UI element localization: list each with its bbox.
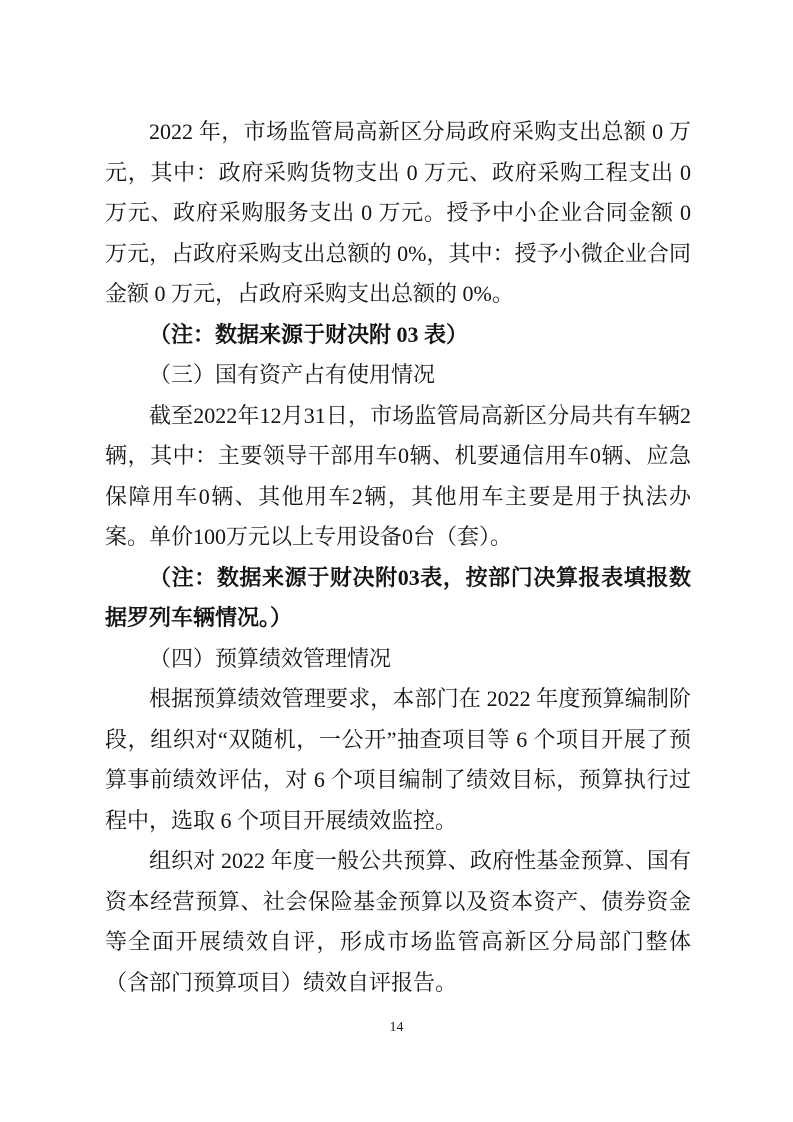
paragraph-procurement-summary: 2022 年，市场监管局高新区分局政府采购支出总额 0 万元，其中：政府采购货物…: [105, 112, 691, 315]
document-page: 2022 年，市场监管局高新区分局政府采购支出总额 0 万元，其中：政府采购货物…: [0, 0, 793, 1122]
paragraph-state-assets-vehicles: 截至2022年12月31日，市场监管局高新区分局共有车辆2辆，其中：主要领导干部…: [105, 396, 691, 558]
page-number: 14: [0, 1020, 793, 1036]
note-data-source-03: （注：数据来源于财决附 03 表）: [105, 315, 691, 356]
heading-section-3-state-assets: （三）国有资产占有使用情况: [105, 355, 691, 396]
paragraph-performance-self-evaluation: 组织对 2022 年度一般公共预算、政府性基金预算、国有资本经营预算、社会保险基…: [105, 841, 691, 1003]
note-data-source-03-vehicles: （注：数据来源于财决附03表，按部门决算报表填报数据罗列车辆情况。）: [105, 558, 691, 639]
document-body: 2022 年，市场监管局高新区分局政府采购支出总额 0 万元，其中：政府采购货物…: [105, 112, 691, 1003]
heading-section-4-budget-performance: （四）预算绩效管理情况: [105, 639, 691, 680]
paragraph-performance-management: 根据预算绩效管理要求，本部门在 2022 年度预算编制阶段，组织对“双随机，一公…: [105, 679, 691, 841]
